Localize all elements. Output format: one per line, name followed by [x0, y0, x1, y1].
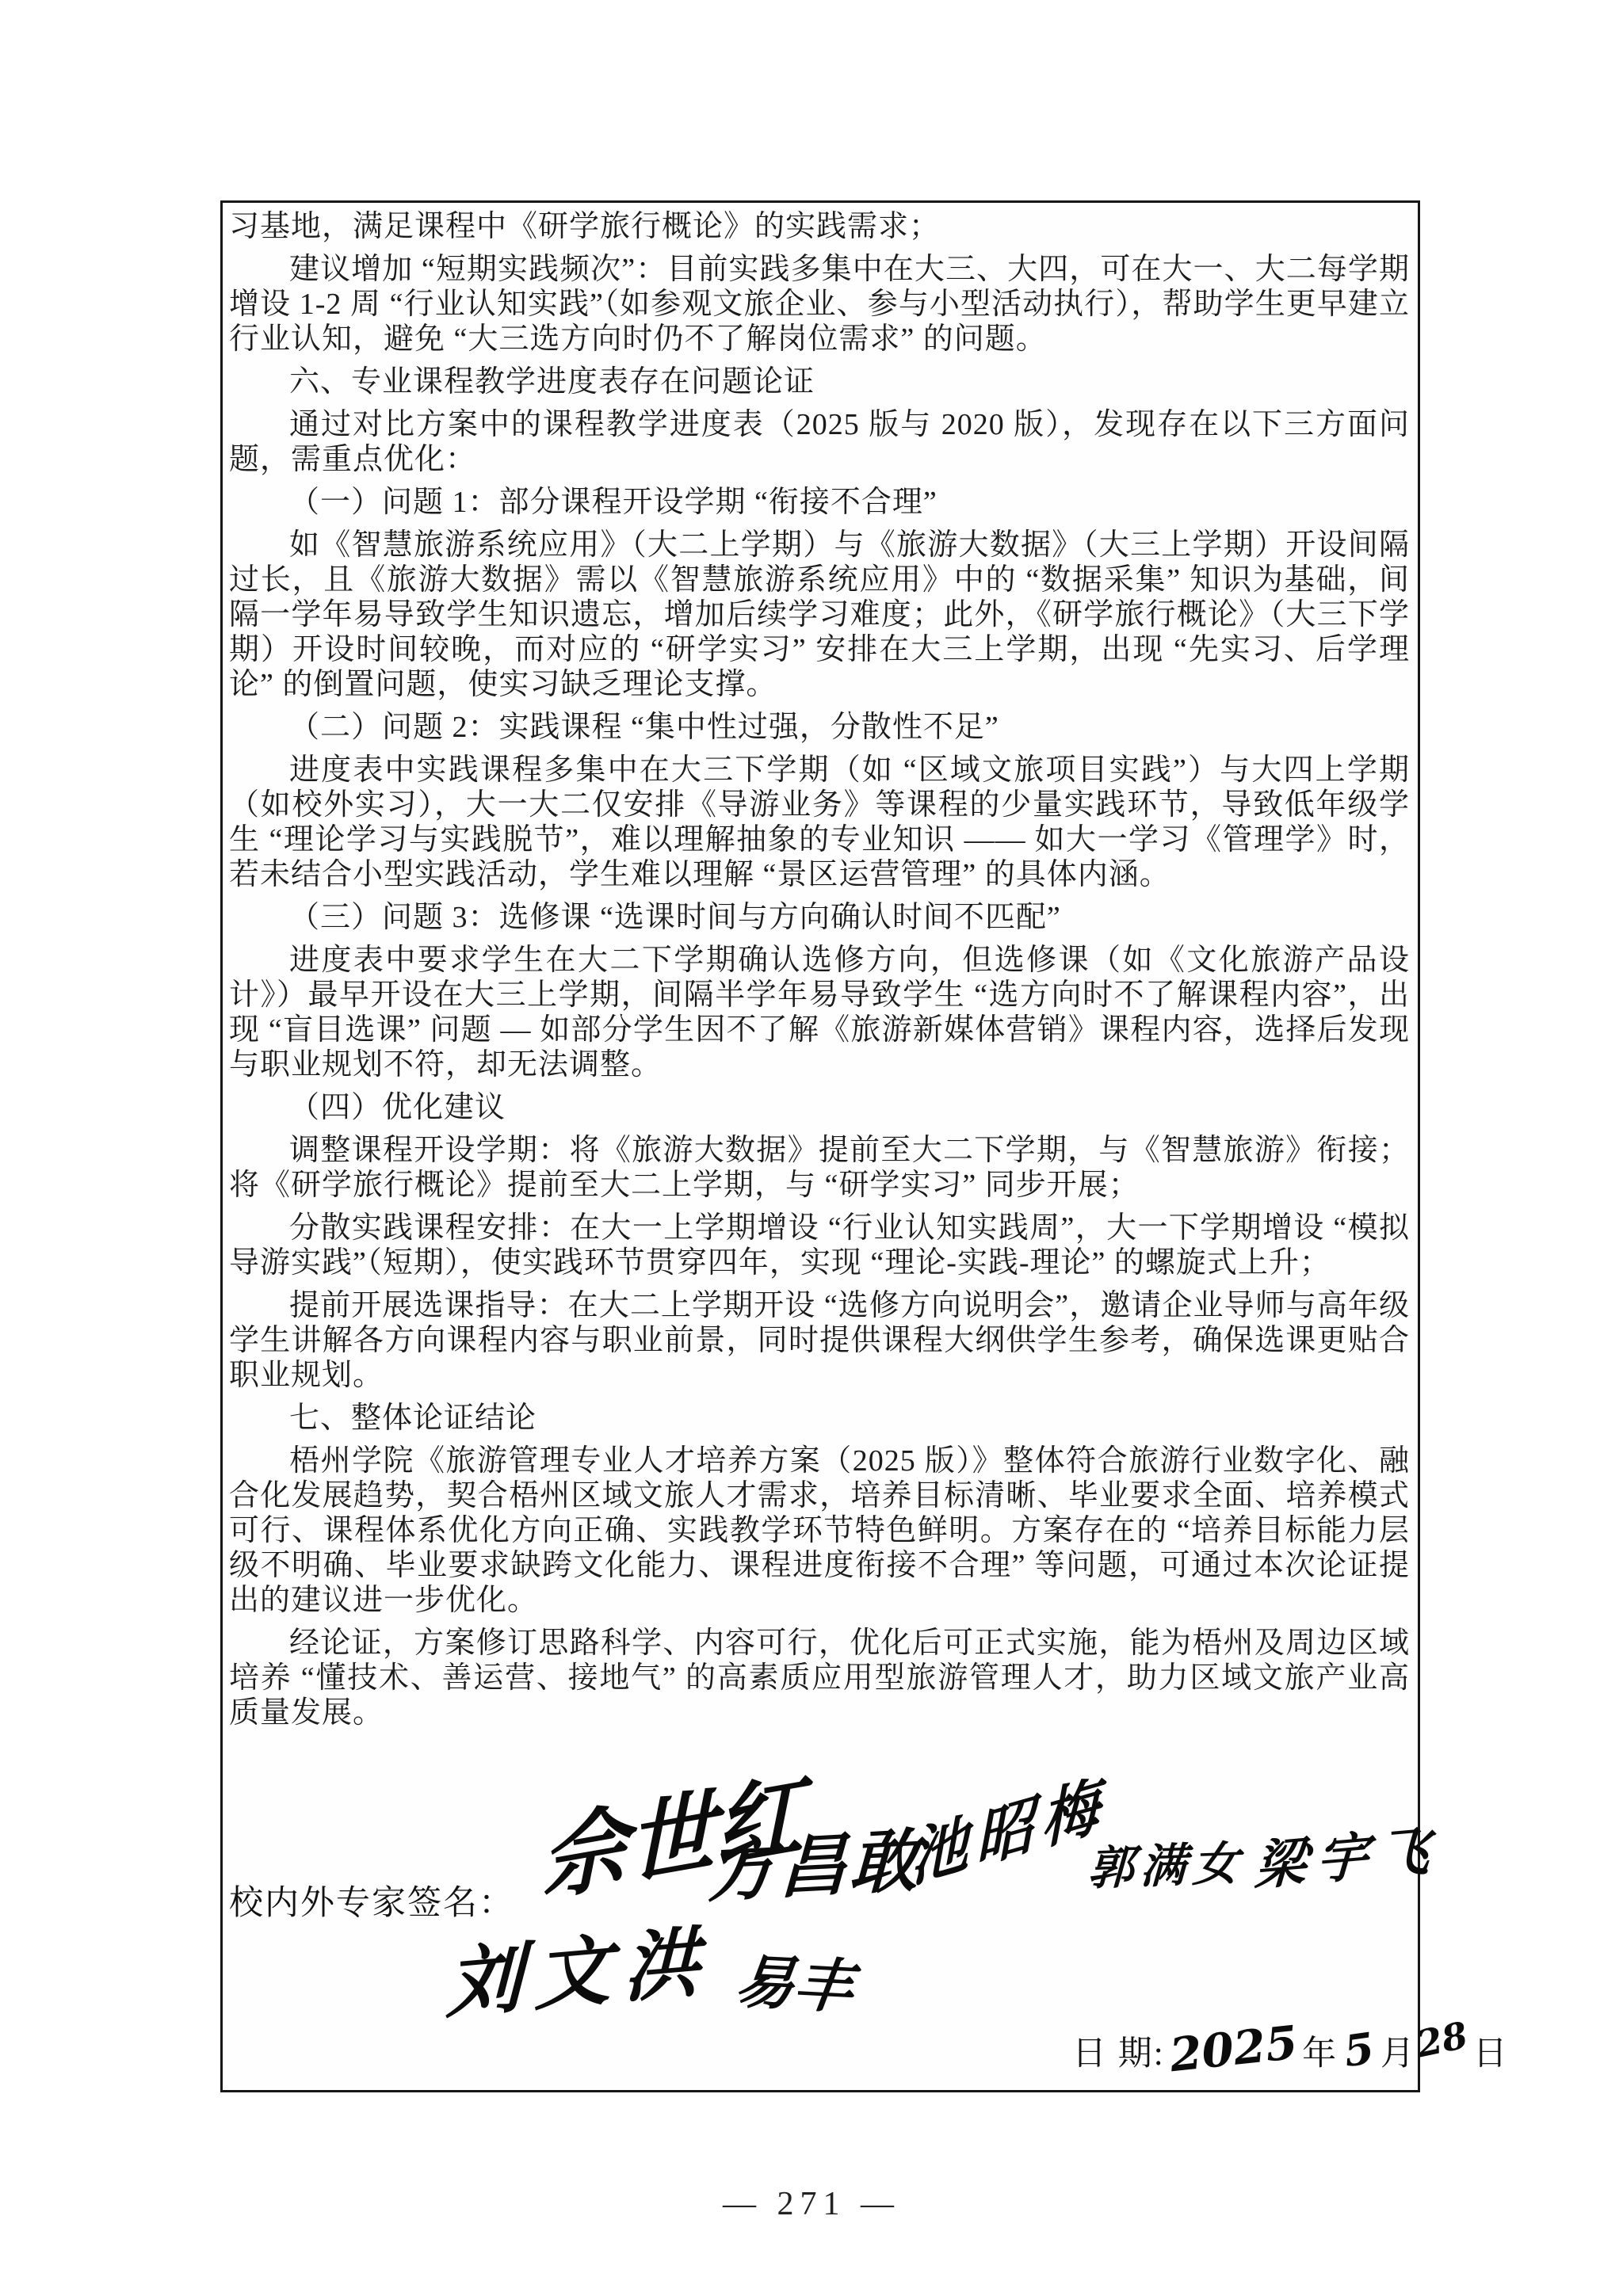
- section-heading: （二）问题 2：实践课程 “集中性过强，分散性不足”: [229, 710, 1410, 745]
- paragraph: 习基地，满足课程中《研学旅行概论》的实践需求；: [229, 209, 1410, 244]
- paragraph: 分散实践课程安排：在大一上学期增设 “行业认知实践周”，大一下学期增设 “模拟导…: [229, 1211, 1410, 1280]
- signature-expert-3: 池昭梅: [908, 1754, 1108, 1899]
- date-day-handwritten: 28: [1412, 2013, 1471, 2065]
- section-heading: （三）问题 3：选修课 “选课时间与方向确认时间不匹配”: [229, 900, 1410, 935]
- date-year-handwritten: 2025: [1167, 2016, 1300, 2083]
- date-year-unit: 年: [1302, 2027, 1338, 2075]
- content-border-box: 习基地，满足课程中《研学旅行概论》的实践需求；建议增加 “短期实践频次”：目前实…: [220, 200, 1420, 2092]
- paragraph: 提前开展选课指导：在大二上学期开设 “选修方向说明会”，邀请企业导师与高年级学生…: [229, 1288, 1410, 1393]
- date-month-handwritten: 5: [1341, 2023, 1377, 2077]
- signature-expert-6: 刘文洪: [445, 1901, 712, 2033]
- date-day-unit: 日: [1473, 2027, 1509, 2075]
- signature-expert-7: 易丰: [731, 1935, 859, 2024]
- paragraph: 建议增加 “短期实践频次”：目前实践多集中在大三、大四，可在大一、大二每学期增设…: [229, 252, 1410, 357]
- section-heading: 七、整体论证结论: [229, 1401, 1410, 1436]
- paragraph: 进度表中实践课程多集中在大三下学期（如 “区域文旅项目实践”）与大四上学期（如校…: [229, 753, 1410, 892]
- date-line: 日 期: 2025 年 5 月 28 日: [1072, 2022, 1509, 2076]
- paragraph: 调整课程开设学期：将《旅游大数据》提前至大二下学期，与《智慧旅游》衔接；将《研学…: [229, 1133, 1410, 1203]
- section-heading: （一）问题 1：部分课程开设学期 “衔接不合理”: [229, 485, 1410, 520]
- signature-expert-4: 郭满女: [1087, 1825, 1247, 1897]
- paragraph: 通过对比方案中的课程教学进度表（2025 版与 2020 版），发现存在以下三方…: [229, 407, 1410, 477]
- document-body: 习基地，满足课程中《研学旅行概论》的实践需求；建议增加 “短期实践频次”：目前实…: [229, 209, 1410, 1730]
- section-heading: （四）优化建议: [229, 1090, 1410, 1125]
- paragraph: 梧州学院《旅游管理专业人才培养方案（2025 版）》整体符合旅游行业数字化、融合…: [229, 1444, 1410, 1618]
- date-month-unit: 月: [1381, 2027, 1416, 2075]
- signature-label: 校内外专家签名：: [229, 1876, 514, 1924]
- section-heading: 六、专业课程教学进度表存在问题论证: [229, 364, 1410, 399]
- date-label: 日 期:: [1072, 2027, 1165, 2075]
- paragraph: 经论证，方案修订思路科学、内容可行，优化后可正式实施，能为梧州及周边区域培养 “…: [229, 1626, 1410, 1730]
- paragraph: 如《智慧旅游系统应用》（大二上学期）与《旅游大数据》（大三上学期）开设间隔过长，…: [229, 528, 1410, 702]
- signature-expert-2: 方昌敢: [706, 1806, 923, 1916]
- signature-expert-5: 梁宇飞: [1253, 1807, 1442, 1899]
- paragraph: 进度表中要求学生在大二下学期确认选修方向，但选修课（如《文化旅游产品设计》）最早…: [229, 943, 1410, 1082]
- document-page: 习基地，满足课程中《研学旅行概论》的实践需求；建议增加 “短期实践频次”：目前实…: [0, 0, 1623, 2296]
- page-number: — 271 —: [0, 2185, 1623, 2223]
